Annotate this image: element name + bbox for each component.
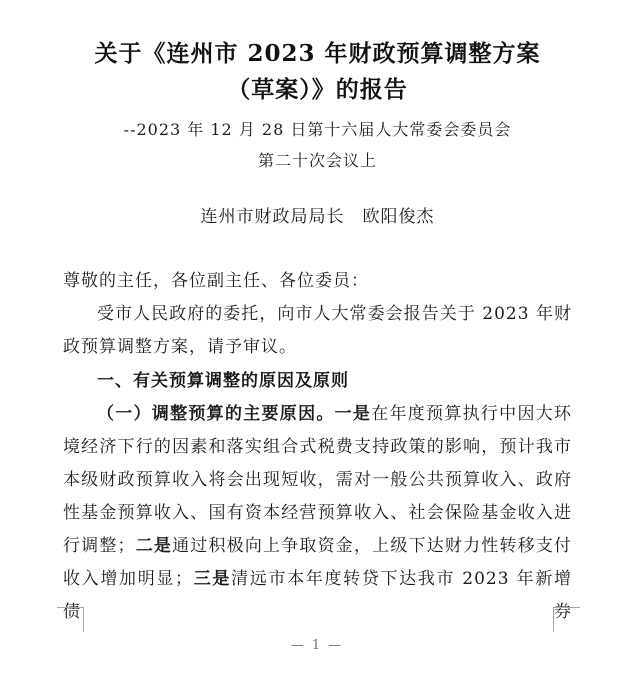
reason-text-1: 在年度预算执行中因大环境经济下行的因素和落实组合式税费支持政策的影响，预计我市本… [63, 404, 572, 556]
salutation: 尊敬的主任，各位副主任、各位委员： [63, 265, 572, 298]
title-line-2: （草案）》的报告 [63, 72, 572, 108]
speaker-line: 连州市财政局局长 欧阳俊杰 [63, 201, 572, 233]
meeting-subtitle-line-1: --2023 年 12 月 28 日第十六届人大常委会委员会 [63, 114, 572, 145]
title-line-1: 关于《连州市 2023 年财政预算调整方案 [63, 36, 572, 72]
document-title: 关于《连州市 2023 年财政预算调整方案 （草案）》的报告 [63, 36, 572, 108]
document-page: 关于《连州市 2023 年财政预算调整方案 （草案）》的报告 --2023 年 … [0, 0, 634, 690]
page-number: — 1 — [0, 637, 634, 655]
crop-mark-bottom-right-icon [553, 607, 580, 632]
reason-marker-3: 三是 [193, 569, 231, 589]
intro-paragraph: 受市人民政府的委托，向市人大常委会报告关于 2023 年财政预算调整方案，请予审… [63, 298, 572, 364]
reasons-paragraph: （一）调整预算的主要原因。一是在年度预算执行中因大环境经济下行的因素和落实组合式… [63, 398, 572, 629]
crop-mark-bottom-left-icon [57, 607, 84, 632]
reason-marker-1: 一是 [335, 404, 372, 424]
reasons-lead-in: （一）调整预算的主要原因。 [97, 404, 335, 424]
document-body: 尊敬的主任，各位副主任、各位委员： 受市人民政府的委托，向市人大常委会报告关于 … [63, 265, 572, 629]
section-heading-1: 一、有关预算调整的原因及原则 [63, 364, 572, 398]
meeting-subtitle-line-2: 第二十次会议上 [63, 145, 572, 176]
document-header: 关于《连州市 2023 年财政预算调整方案 （草案）》的报告 --2023 年 … [63, 36, 572, 233]
reason-marker-2: 二是 [136, 536, 173, 556]
